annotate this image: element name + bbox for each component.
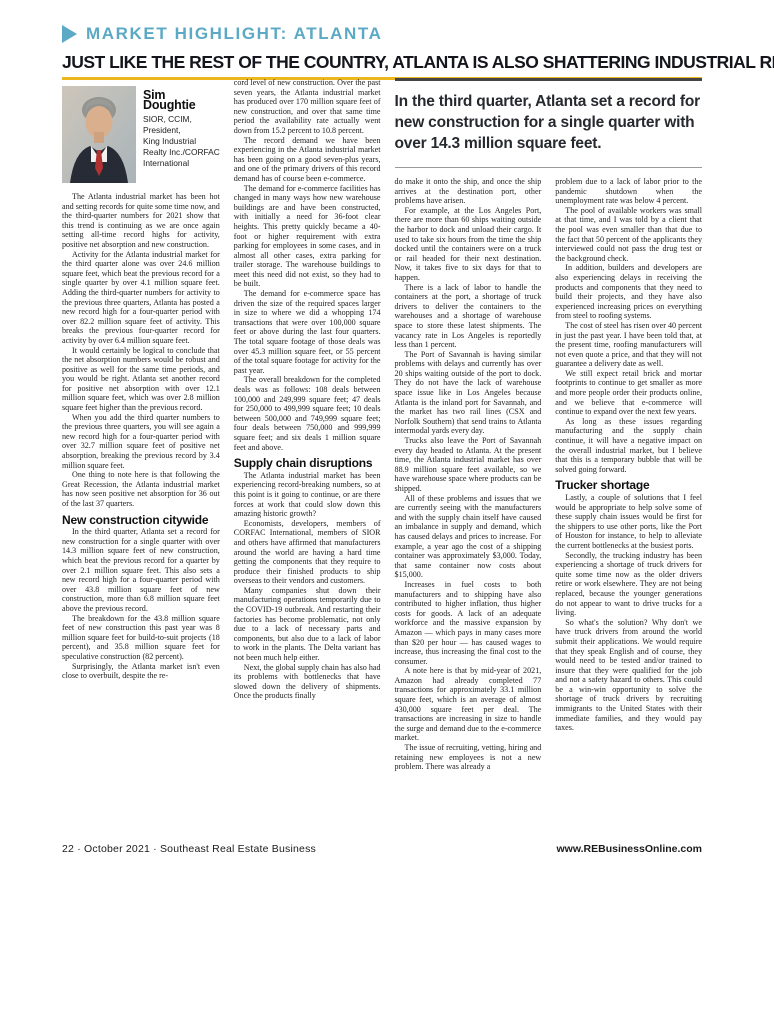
article-paragraph: Lastly, a couple of solutions that I fee… (555, 493, 702, 551)
article-paragraph: It would certainly be logical to conclud… (62, 346, 220, 413)
article-paragraph: The breakdown for the 43.8 million squar… (62, 614, 220, 662)
article-paragraph: The demand for e-commerce facilities has… (234, 184, 381, 290)
column-1: Sim Doughtie SIOR, CCIM, President, King… (62, 78, 220, 848)
article-paragraph: The overall breakdown for the completed … (234, 375, 381, 452)
article-body: Sim Doughtie SIOR, CCIM, President, King… (62, 78, 702, 848)
section-heading: Supply chain disruptions (234, 459, 381, 469)
article-paragraph: The issue of recruiting, vetting, hiring… (395, 743, 542, 772)
column-2: cord level of new construction. Over the… (234, 78, 381, 848)
author-company-line2: Realty Inc./CORFAC (143, 147, 220, 158)
column-3: do make it onto the ship, and once the s… (395, 177, 542, 848)
page-title: JUST LIKE THE REST OF THE COUNTRY, ATLAN… (62, 52, 702, 73)
author-name: Sim Doughtie (143, 91, 220, 110)
page-footer: 22 · October 2021 · Southeast Real Estat… (62, 843, 702, 855)
article-paragraph: All of these problems and issues that we… (395, 494, 542, 580)
section-heading: Trucker shortage (555, 481, 702, 491)
article-paragraph: A note here is that by mid-year of 2021,… (395, 666, 542, 743)
pull-quote-text: In the third quarter, Atlanta set a reco… (395, 91, 700, 154)
author-credentials: SIOR, CCIM, (143, 114, 220, 125)
article-paragraph: The record demand we have been experienc… (234, 136, 381, 184)
article-paragraph: The Atlanta industrial market has been h… (62, 192, 220, 250)
article-paragraph: Economists, developers, members of CORFA… (234, 519, 381, 586)
article-paragraph: cord level of new construction. Over the… (234, 78, 381, 136)
author-card: Sim Doughtie SIOR, CCIM, President, King… (62, 86, 220, 183)
article-paragraph: do make it onto the ship, and once the s… (395, 177, 542, 206)
article-paragraph: For example, at the Los Angeles Port, th… (395, 206, 542, 283)
column-4: problem due to a lack of labor prior to … (555, 177, 702, 848)
section-heading: New construction citywide (62, 516, 220, 526)
author-title: President, (143, 125, 220, 136)
article-paragraph: Secondly, the trucking industry has been… (555, 551, 702, 618)
triangle-right-icon (62, 25, 77, 43)
article-paragraph: Surprisingly, the Atlanta market isn't e… (62, 662, 220, 681)
article-paragraph: problem due to a lack of labor prior to … (555, 177, 702, 206)
footer-website-url: www.REBusinessOnline.com (557, 843, 702, 855)
magazine-page: MARKET HIGHLIGHT: ATLANTA JUST LIKE THE … (0, 0, 774, 1024)
article-paragraph: Activity for the Atlanta industrial mark… (62, 250, 220, 346)
author-company-line3: International (143, 158, 220, 169)
article-header: MARKET HIGHLIGHT: ATLANTA JUST LIKE THE … (62, 24, 702, 80)
footer-issue-info: 22 · October 2021 · Southeast Real Estat… (62, 843, 316, 855)
article-paragraph: Increases in fuel costs to both manufact… (395, 580, 542, 666)
article-paragraph: The Atlanta industrial market has been e… (234, 471, 381, 519)
article-paragraph: Many companies shut down their manufactu… (234, 586, 381, 663)
article-paragraph: The demand for e-commerce space has driv… (234, 289, 381, 375)
article-paragraph: So what's the solution? Why don't we hav… (555, 618, 702, 733)
article-paragraph: The pool of available workers was small … (555, 206, 702, 264)
article-paragraph: In the third quarter, Atlanta set a reco… (62, 527, 220, 613)
kicker-label: MARKET HIGHLIGHT: ATLANTA (86, 24, 383, 44)
article-paragraph: Trucks also leave the Port of Savannah e… (395, 436, 542, 494)
article-paragraph: There is a lack of labor to handle the c… (395, 283, 542, 350)
article-paragraph: We still expect retail brick and mortar … (555, 369, 702, 417)
article-paragraph: When you add the third quarter numbers t… (62, 413, 220, 471)
author-company-line1: King Industrial (143, 136, 220, 147)
article-paragraph: Next, the global supply chain has also h… (234, 663, 381, 701)
author-info: Sim Doughtie SIOR, CCIM, President, King… (143, 86, 220, 183)
article-paragraph: The cost of steel has risen over 40 perc… (555, 321, 702, 369)
author-photo (62, 86, 136, 183)
article-paragraph: In addition, builders and developers are… (555, 263, 702, 321)
section-kicker: MARKET HIGHLIGHT: ATLANTA (62, 24, 702, 44)
article-paragraph: One thing to note here is that following… (62, 470, 220, 508)
article-paragraph: As long as these issues regarding manufa… (555, 417, 702, 475)
article-paragraph: The Port of Savannah is having similar p… (395, 350, 542, 436)
pull-quote: In the third quarter, Atlanta set a reco… (395, 78, 702, 168)
